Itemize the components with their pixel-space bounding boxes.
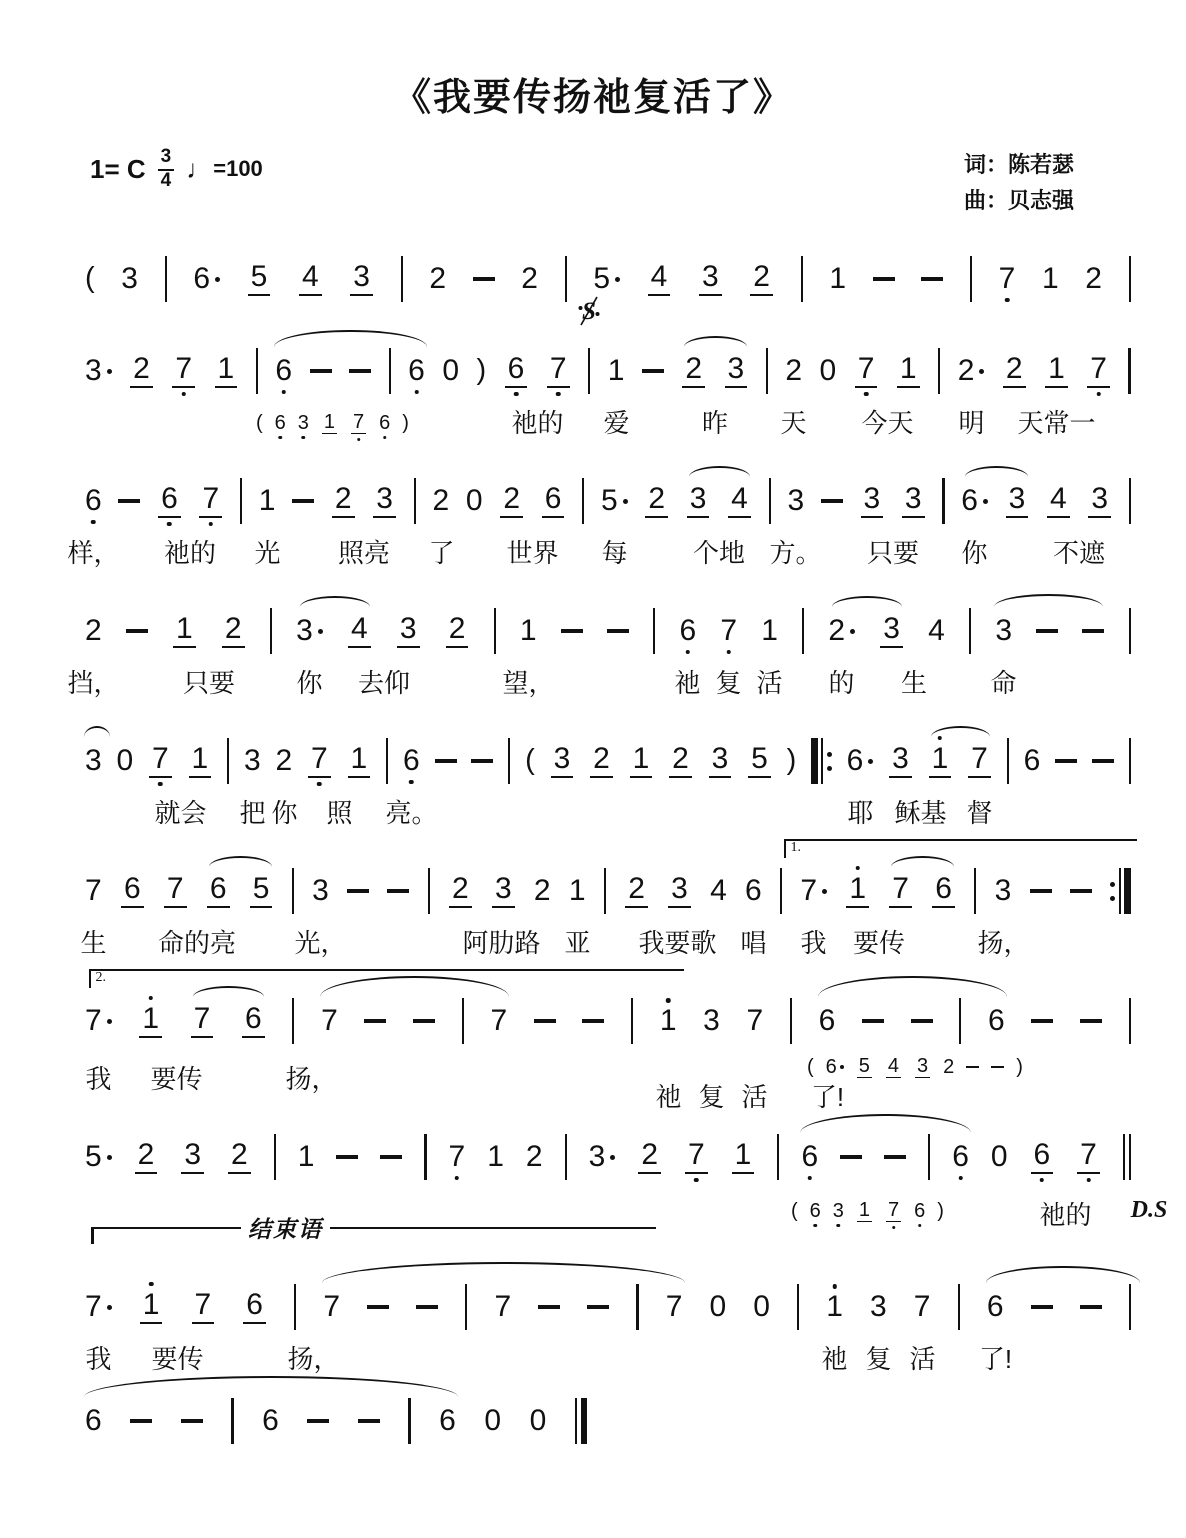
note-7: 7 <box>85 1006 112 1036</box>
note-7: 7 <box>307 744 332 779</box>
paren: ( <box>256 412 263 434</box>
lyric-syllable: 样， <box>67 533 119 570</box>
barline-final <box>575 1398 587 1444</box>
paren: ( <box>807 1056 814 1078</box>
barline-bar <box>165 256 167 302</box>
note-7: 7 <box>85 1292 112 1322</box>
note-dash <box>364 1019 386 1023</box>
lyric-syllable: 生 <box>80 923 106 960</box>
dot-augmentation <box>850 629 855 634</box>
lyric-syllable: 活 <box>756 663 782 700</box>
lyric-syllable: 命的亮 <box>158 923 236 960</box>
note-4: 4 <box>347 614 372 649</box>
note-1: 1 <box>761 616 778 646</box>
song-title: 《我要传扬祂复活了》 <box>0 0 1186 121</box>
note-dash <box>1031 1305 1053 1309</box>
note-7: 7 <box>888 874 913 909</box>
dot-augmentation <box>979 369 984 374</box>
barline-bar <box>494 608 496 654</box>
barline-bar <box>636 1284 638 1330</box>
note-dash <box>126 629 148 633</box>
dot-augmentation <box>107 1155 112 1160</box>
barline-bar <box>1007 738 1009 784</box>
lyric-syllable: 你 <box>296 663 322 700</box>
barline-bar <box>801 256 803 302</box>
barline-bar <box>292 998 294 1044</box>
composer-credit: 曲：贝志强 <box>964 183 1074 219</box>
note-2: 2 <box>943 1057 954 1077</box>
note-dash <box>1082 629 1104 633</box>
slur <box>800 1114 971 1133</box>
ending-bracket-1: 1. <box>784 839 1137 858</box>
note-2: 2 <box>331 484 356 519</box>
lyric-syllable: 挡， <box>67 663 119 700</box>
note-5: 5 <box>249 874 274 909</box>
note-dash <box>130 1419 152 1423</box>
note-5: 5 <box>593 264 620 294</box>
barline-bar <box>1129 608 1131 654</box>
lyric-syllable: 督 <box>966 793 992 830</box>
note-dash <box>307 1419 329 1423</box>
note-7: 7 <box>1086 354 1111 389</box>
lyric-syllable: 的 <box>828 663 854 700</box>
note-1: 1 <box>139 1290 164 1325</box>
note-5: 5 <box>247 262 272 297</box>
note-2: 2 <box>637 1140 662 1175</box>
lyric-syllable: 亮。 <box>385 793 437 830</box>
barline-bar <box>604 868 606 914</box>
note-3: 3 <box>686 484 711 519</box>
rest-0: 0 <box>820 356 837 386</box>
dot-augmentation <box>107 1019 112 1024</box>
dot-augmentation <box>215 277 220 282</box>
note-dash <box>292 499 314 503</box>
lyric-syllable: 阿肋路 <box>462 923 540 960</box>
barline-bar <box>942 478 944 524</box>
slur <box>965 466 1028 477</box>
note-6: 6 <box>379 413 390 433</box>
barline-lrep <box>811 738 832 784</box>
lyric-syllable: 去仰 <box>358 663 410 700</box>
note-3: 3 <box>879 614 904 649</box>
note-3: 3 <box>888 744 913 779</box>
note-6: 6 <box>987 1292 1004 1322</box>
slur <box>931 726 990 737</box>
lyric-syllable: 世界 <box>506 533 558 570</box>
quarter-note-icon: ♩ <box>186 154 212 185</box>
note-6: 6 <box>745 876 762 906</box>
barline-bar <box>462 998 464 1044</box>
dal-segno-mark: D.S <box>1131 1197 1168 1224</box>
note-2: 2 <box>276 746 293 776</box>
note-5: 5 <box>85 1142 112 1172</box>
notes-row: 66600 <box>85 1393 587 1449</box>
barline-bar <box>588 348 590 394</box>
note-dash <box>1080 1305 1102 1309</box>
barline-bar <box>582 478 584 524</box>
lyric-syllable: 祂 <box>674 663 700 700</box>
note-6: 6 <box>819 1006 836 1036</box>
note-6: 6 <box>241 1004 266 1039</box>
slur <box>84 1376 458 1397</box>
lyric-syllable: 你 <box>271 793 297 830</box>
note-6: 6 <box>193 264 220 294</box>
note-2: 2 <box>749 262 774 297</box>
barline-bar <box>1129 738 1131 784</box>
notes-row: 7176777001376 <box>85 1279 1131 1335</box>
note-3: 3 <box>349 262 374 297</box>
note-7: 7 <box>746 1006 763 1036</box>
note-6: 6 <box>931 874 956 909</box>
barline-bar <box>508 738 510 784</box>
slur <box>986 1266 1141 1283</box>
lyric-syllable: 生 <box>901 663 927 700</box>
time-signature: 34 <box>158 147 175 191</box>
key-signature: 1= C 34 ♩=100 <box>90 147 263 191</box>
lyric-syllable: 照 <box>326 793 352 830</box>
note-dash <box>471 759 493 763</box>
note-1: 1 <box>731 1140 756 1175</box>
note-dash <box>607 629 629 633</box>
rest-0: 0 <box>530 1406 547 1436</box>
note-6: 6 <box>952 1142 969 1172</box>
lyric-syllable: 祂的 <box>511 403 563 440</box>
note-3: 3 <box>1005 484 1030 519</box>
note-1: 1 <box>608 356 625 386</box>
note-1: 1 <box>660 1006 677 1036</box>
note-dash <box>587 1305 609 1309</box>
note-6: 6 <box>275 356 292 386</box>
note-dash <box>884 1155 906 1159</box>
note-7: 7 <box>1076 1140 1101 1175</box>
note-5: 5 <box>747 744 772 779</box>
barline-bar <box>227 738 229 784</box>
barline-bar <box>428 868 430 914</box>
note-3: 3 <box>244 746 261 776</box>
note-6: 6 <box>679 616 696 646</box>
barline-bar <box>631 998 633 1044</box>
note-7: 7 <box>321 1006 338 1036</box>
barline-bar <box>465 1284 467 1330</box>
slur <box>832 596 902 607</box>
note-1: 1 <box>172 614 197 649</box>
note-2: 2 <box>521 264 538 294</box>
barline-bar <box>274 1134 276 1180</box>
slur <box>274 330 427 347</box>
paren: ) <box>787 745 797 777</box>
note-dash <box>1036 629 1058 633</box>
score-line-2: 3271660)6712320712217祂的爱昨天今天明天常一(63176)S <box>85 319 1131 449</box>
note-3: 3 <box>85 746 102 776</box>
slur <box>322 1262 685 1283</box>
note-dash <box>991 1066 1004 1069</box>
barline-bar <box>766 348 768 394</box>
paren: ) <box>1016 1056 1023 1078</box>
note-4: 4 <box>885 1056 902 1079</box>
barline-bar <box>1129 1284 1131 1330</box>
note-1: 1 <box>259 486 276 516</box>
note-dash <box>310 369 332 373</box>
tempo-marking: ♩=100 <box>186 154 263 185</box>
rest-0: 0 <box>991 1142 1008 1172</box>
dot-augmentation <box>107 369 112 374</box>
slur <box>818 976 1007 997</box>
barline-bar <box>790 998 792 1044</box>
slur <box>300 596 370 607</box>
barline-bar <box>565 256 567 302</box>
lyric-syllable: 方。 <box>769 533 821 570</box>
note-dash <box>1070 889 1092 893</box>
note-6: 6 <box>439 1406 456 1436</box>
barline-bar <box>231 1398 233 1444</box>
note-2: 2 <box>85 616 102 646</box>
note-2: 2 <box>785 356 802 386</box>
note-1: 1 <box>1044 354 1069 389</box>
note-1: 1 <box>896 354 921 389</box>
note-dash <box>840 1155 862 1159</box>
note-7: 7 <box>546 354 571 389</box>
note-dash <box>1092 759 1114 763</box>
lyric-syllable: 唱 <box>740 923 766 960</box>
note-6: 6 <box>120 874 145 909</box>
barline-bar <box>769 478 771 524</box>
lyric-syllable: 今天 <box>861 403 913 440</box>
note-dash <box>561 629 583 633</box>
note-2: 2 <box>589 744 614 779</box>
note-dash <box>821 499 843 503</box>
dot-augmentation <box>615 277 620 282</box>
lyric-syllable: 你 <box>961 533 987 570</box>
note-6: 6 <box>403 746 420 776</box>
barline-bar <box>389 348 391 394</box>
barline-dbl <box>1123 1134 1131 1180</box>
barline-bar <box>958 1284 960 1330</box>
score-line-6: 7676532321234671763生命的亮光，阿肋路亚我要歌唱我要传扬，1. <box>85 839 1131 969</box>
barline-bar <box>414 478 416 524</box>
note-dash <box>534 1019 556 1023</box>
paren: ( <box>525 745 535 777</box>
note-7: 7 <box>914 1292 931 1322</box>
lyric-syllable: 要传 <box>150 1059 202 1096</box>
dot-augmentation <box>822 889 827 894</box>
note-7: 7 <box>999 264 1016 294</box>
note-2: 2 <box>526 1142 543 1172</box>
lyric-syllable: 我 <box>85 1059 111 1096</box>
note-2: 2 <box>227 1140 252 1175</box>
lyric-syllable: 稣基 <box>894 793 946 830</box>
grace-phrase: (65432) <box>807 1049 1023 1085</box>
note-7: 7 <box>171 354 196 389</box>
note-dash <box>387 889 409 893</box>
note-1: 1 <box>321 412 338 435</box>
note-2: 2 <box>129 354 154 389</box>
note-dash <box>862 1019 884 1023</box>
note-6: 6 <box>85 1406 102 1436</box>
note-1: 1 <box>214 354 239 389</box>
note-dash <box>1030 889 1052 893</box>
note-7: 7 <box>190 1004 215 1039</box>
score-line-3: 667123202652343336343样，祂的光照亮了世界每个地方。只要你不… <box>85 449 1131 579</box>
note-4: 4 <box>298 262 323 297</box>
note-2: 2 <box>433 486 450 516</box>
note-7: 7 <box>684 1140 709 1175</box>
note-2: 2 <box>828 616 855 646</box>
lyric-syllable: 要传 <box>853 923 905 960</box>
note-7: 7 <box>800 876 827 906</box>
note-7: 7 <box>148 744 173 779</box>
note-2: 2 <box>429 264 446 294</box>
barline-bar <box>256 348 258 394</box>
note-3: 3 <box>787 486 804 516</box>
note-dash <box>435 759 457 763</box>
note-2: 2 <box>134 1140 159 1175</box>
lyric-syllable: 望， <box>502 663 554 700</box>
note-1: 1 <box>138 1004 163 1039</box>
note-6: 6 <box>1024 746 1041 776</box>
barline-bar <box>959 998 961 1044</box>
note-1: 1 <box>569 876 586 906</box>
note-5: 5 <box>601 486 628 516</box>
note-2: 2 <box>668 744 693 779</box>
note-4: 4 <box>710 876 727 906</box>
slur <box>209 856 272 867</box>
note-7: 7 <box>490 1006 507 1036</box>
note-3: 3 <box>298 413 309 433</box>
note-dash <box>1080 1019 1102 1023</box>
note-3: 3 <box>550 744 575 779</box>
note-3: 3 <box>708 744 733 779</box>
barline-bar <box>408 1398 410 1444</box>
note-3: 3 <box>396 614 421 649</box>
note-3: 3 <box>372 484 397 519</box>
note-3: 3 <box>1087 484 1112 519</box>
note-dash <box>358 1419 380 1423</box>
barline-rrep <box>1110 868 1131 914</box>
notes-row: 71767713766 <box>85 993 1131 1049</box>
barline-bar <box>1129 478 1131 524</box>
barline-bar <box>797 1284 799 1330</box>
note-1: 1 <box>928 744 953 779</box>
barline-bar <box>386 738 388 784</box>
note-dash <box>642 369 664 373</box>
dot-augmentation <box>840 1065 844 1069</box>
note-7: 7 <box>666 1292 683 1322</box>
note-dash <box>911 1019 933 1023</box>
note-3: 3 <box>180 1140 205 1175</box>
note-7: 7 <box>85 876 102 906</box>
note-6: 6 <box>826 1057 844 1077</box>
note-1: 1 <box>845 874 870 909</box>
note-2: 2 <box>958 356 985 386</box>
note-6: 6 <box>408 356 425 386</box>
lyric-syllable: 了 <box>428 533 454 570</box>
barline-bar <box>653 608 655 654</box>
barline-bar <box>969 608 971 654</box>
note-2: 2 <box>448 874 473 909</box>
dot-augmentation <box>107 1305 112 1310</box>
lyric-syllable: 我 <box>800 923 826 960</box>
ending-bracket-2: 2. <box>89 969 685 988</box>
note-7: 7 <box>350 412 367 435</box>
note-6: 6 <box>275 413 286 433</box>
note-1: 1 <box>487 1142 504 1172</box>
barline-bar <box>1129 256 1131 302</box>
note-6: 6 <box>206 874 231 909</box>
rest-0: 0 <box>753 1292 770 1322</box>
barline-bar <box>780 868 782 914</box>
note-7: 7 <box>854 354 879 389</box>
lyric-syllable: 照亮 <box>338 533 390 570</box>
note-3: 3 <box>85 356 112 386</box>
lyric-syllable: 天 <box>780 403 806 440</box>
note-1: 1 <box>826 1292 843 1322</box>
sheet-music-page: 《我要传扬祂复活了》 1= C 34 ♩=100 词：陈若瑟 曲：贝志强 (36… <box>0 0 1186 1538</box>
paren: ) <box>477 355 487 387</box>
note-4: 4 <box>647 262 672 297</box>
note-3: 3 <box>995 616 1012 646</box>
score: (3654322543217123271660)6712320712217祂的爱… <box>85 227 1131 1465</box>
score-line-7: 71767713766我要传扬，祂复活了!(65432)2. <box>85 969 1131 1105</box>
ending-number: 1. <box>786 840 802 856</box>
barline-bar <box>928 1134 930 1180</box>
note-2: 2 <box>1002 354 1027 389</box>
score-line-8: 52321712327166067祂的D.S(63176) <box>85 1105 1131 1209</box>
score-line-9: 结束语7176777001376我要传扬，祂复活了! <box>85 1209 1131 1369</box>
lyric-syllable: 天常一 <box>1017 403 1095 440</box>
note-2: 2 <box>624 874 649 909</box>
note-7: 7 <box>449 1142 466 1172</box>
slur <box>684 336 747 347</box>
note-1: 1 <box>298 1142 315 1172</box>
note-6: 6 <box>1030 1140 1055 1175</box>
note-6: 6 <box>262 1406 279 1436</box>
note-3: 3 <box>312 876 329 906</box>
barline-bar <box>970 256 972 302</box>
note-3: 3 <box>724 354 749 389</box>
lyric-syllable: 明 <box>958 403 984 440</box>
note-dash <box>347 889 369 893</box>
note-6: 6 <box>988 1006 1005 1036</box>
rest-0: 0 <box>117 746 134 776</box>
note-2: 2 <box>681 354 706 389</box>
note-7: 7 <box>495 1292 512 1322</box>
note-dash <box>1055 759 1077 763</box>
note-3: 3 <box>698 262 723 297</box>
barline-bar <box>938 348 940 394</box>
note-7: 7 <box>198 484 223 519</box>
note-7: 7 <box>191 1290 216 1325</box>
lyricist-credit: 词：陈若瑟 <box>964 147 1074 183</box>
note-7: 7 <box>323 1292 340 1322</box>
lyric-syllable: 亚 <box>564 923 590 960</box>
note-3: 3 <box>491 874 516 909</box>
barline-bar <box>974 868 976 914</box>
barline-bar <box>294 1284 296 1330</box>
lyric-syllable: 命 <box>990 663 1016 700</box>
lyric-syllable: 只要 <box>183 663 235 700</box>
lyric-syllable: 扬， <box>977 923 1029 960</box>
notes-row: 212343216712343 <box>85 603 1131 659</box>
note-1: 1 <box>188 744 213 779</box>
note-2: 2 <box>534 876 551 906</box>
note-dash <box>538 1305 560 1309</box>
note-dash <box>1031 1019 1053 1023</box>
notes-row: 667123202652343336343 <box>85 473 1131 529</box>
lyric-syllable: 不遮 <box>1053 533 1105 570</box>
lyric-syllable: 爱 <box>603 403 629 440</box>
dot-augmentation <box>610 1155 615 1160</box>
segno-icon: S <box>578 295 600 327</box>
